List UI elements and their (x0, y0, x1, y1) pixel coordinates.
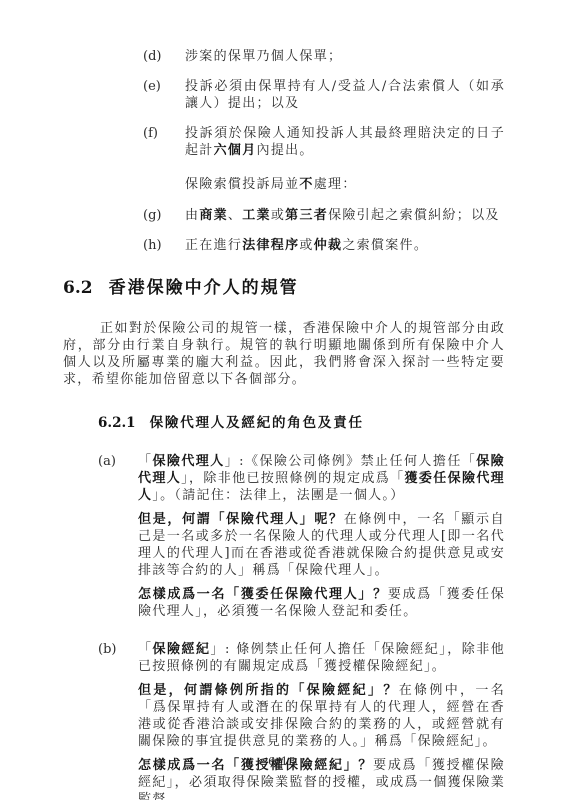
list-item-text: 由商業、工業或第三者保險引起之索償糾紛；以及 (185, 208, 500, 223)
item-b-paragraph-1: 「保險經紀」: 條例禁止任何人擔任「保險經紀」，除非他已按照條例的有關規定成爲「… (138, 641, 505, 675)
list-item-e: (e) 投訴必須由保單持有人/受益人/合法索償人（如承讓人）提出；以及 (63, 78, 505, 112)
list-item-f: (f) 投訴須於保險人通知投訴人其最終理賠決定的日子起計六個月內提出。 (63, 125, 505, 159)
complaint-conditions-list: (d) 涉案的保單乃個人保單； (e) 投訴必須由保單持有人/受益人/合法索償人… (63, 48, 505, 254)
list-item-label: (h) (143, 237, 162, 254)
subsection-heading: 6.2.1保險代理人及經紀的角色及責任 (98, 414, 505, 432)
item-a: (a) 「保險代理人」:《保險公司條例》禁止任何人擔任「保險代理人」，除非他已按… (63, 453, 505, 620)
list-item-label: (f) (143, 125, 158, 142)
list-item-d: (d) 涉案的保單乃個人保單； (63, 48, 505, 65)
document-page: (d) 涉案的保單乃個人保單； (e) 投訴必須由保單持有人/受益人/合法索償人… (0, 0, 565, 800)
subsection-number: 6.2.1 (98, 415, 136, 431)
item-a-paragraph-3: 怎樣成爲一名「獲委任保險代理人」？要成爲「獲委任保險代理人」，必須獲一名保險人登… (138, 586, 505, 620)
section-number: 6.2 (63, 278, 93, 298)
list-item-h: (h) 正在進行法律程序或仲裁之索償案件。 (63, 237, 505, 254)
item-b: (b) 「保險經紀」: 條例禁止任何人擔任「保險經紀」，除非他已按照條例的有關規… (63, 641, 505, 800)
page-number: 6/13 (0, 753, 565, 770)
item-b-paragraph-2: 但是，何謂條例所指的「保險經紀」？在條例中，一名「爲保單持有人或潛在的保單持有人… (138, 682, 505, 750)
item-a-paragraph-2: 但是，何謂「保險代理人」呢？在條例中，一名「顯示自己是一名或多於一名保險人的代理… (138, 511, 505, 579)
intro-paragraph: 正如對於保險公司的規管一樣，香港保險中介人的規管部分由政府，部分由行業自身執行。… (63, 320, 505, 388)
subsection-title: 保險代理人及經紀的角色及責任 (150, 415, 364, 431)
list-item-label: (e) (143, 78, 161, 95)
item-label: (b) (98, 641, 116, 658)
bureau-note: 保險索償投訴局並不處理： (63, 176, 505, 193)
section-heading: 6.2香港保險中介人的規管 (63, 277, 505, 299)
agent-broker-list: (a) 「保險代理人」:《保險公司條例》禁止任何人擔任「保險代理人」，除非他已按… (63, 453, 505, 800)
section-title: 香港保險中介人的規管 (109, 278, 299, 298)
item-a-paragraph-1: 「保險代理人」:《保險公司條例》禁止任何人擔任「保險代理人」，除非他已按照條例的… (138, 453, 505, 504)
list-item-label: (d) (143, 48, 161, 65)
list-item-text: 涉案的保單乃個人保單； (185, 49, 342, 64)
list-item-label: (g) (143, 207, 161, 224)
list-item-text: 投訴須於保險人通知投訴人其最終理賠決定的日子起計六個月內提出。 (185, 126, 505, 158)
list-item-g: (g) 由商業、工業或第三者保險引起之索償糾紛；以及 (63, 207, 505, 224)
list-item-text: 投訴必須由保單持有人/受益人/合法索償人（如承讓人）提出；以及 (185, 79, 505, 111)
item-label: (a) (98, 453, 116, 470)
list-item-text: 正在進行法律程序或仲裁之索償案件。 (185, 238, 428, 253)
